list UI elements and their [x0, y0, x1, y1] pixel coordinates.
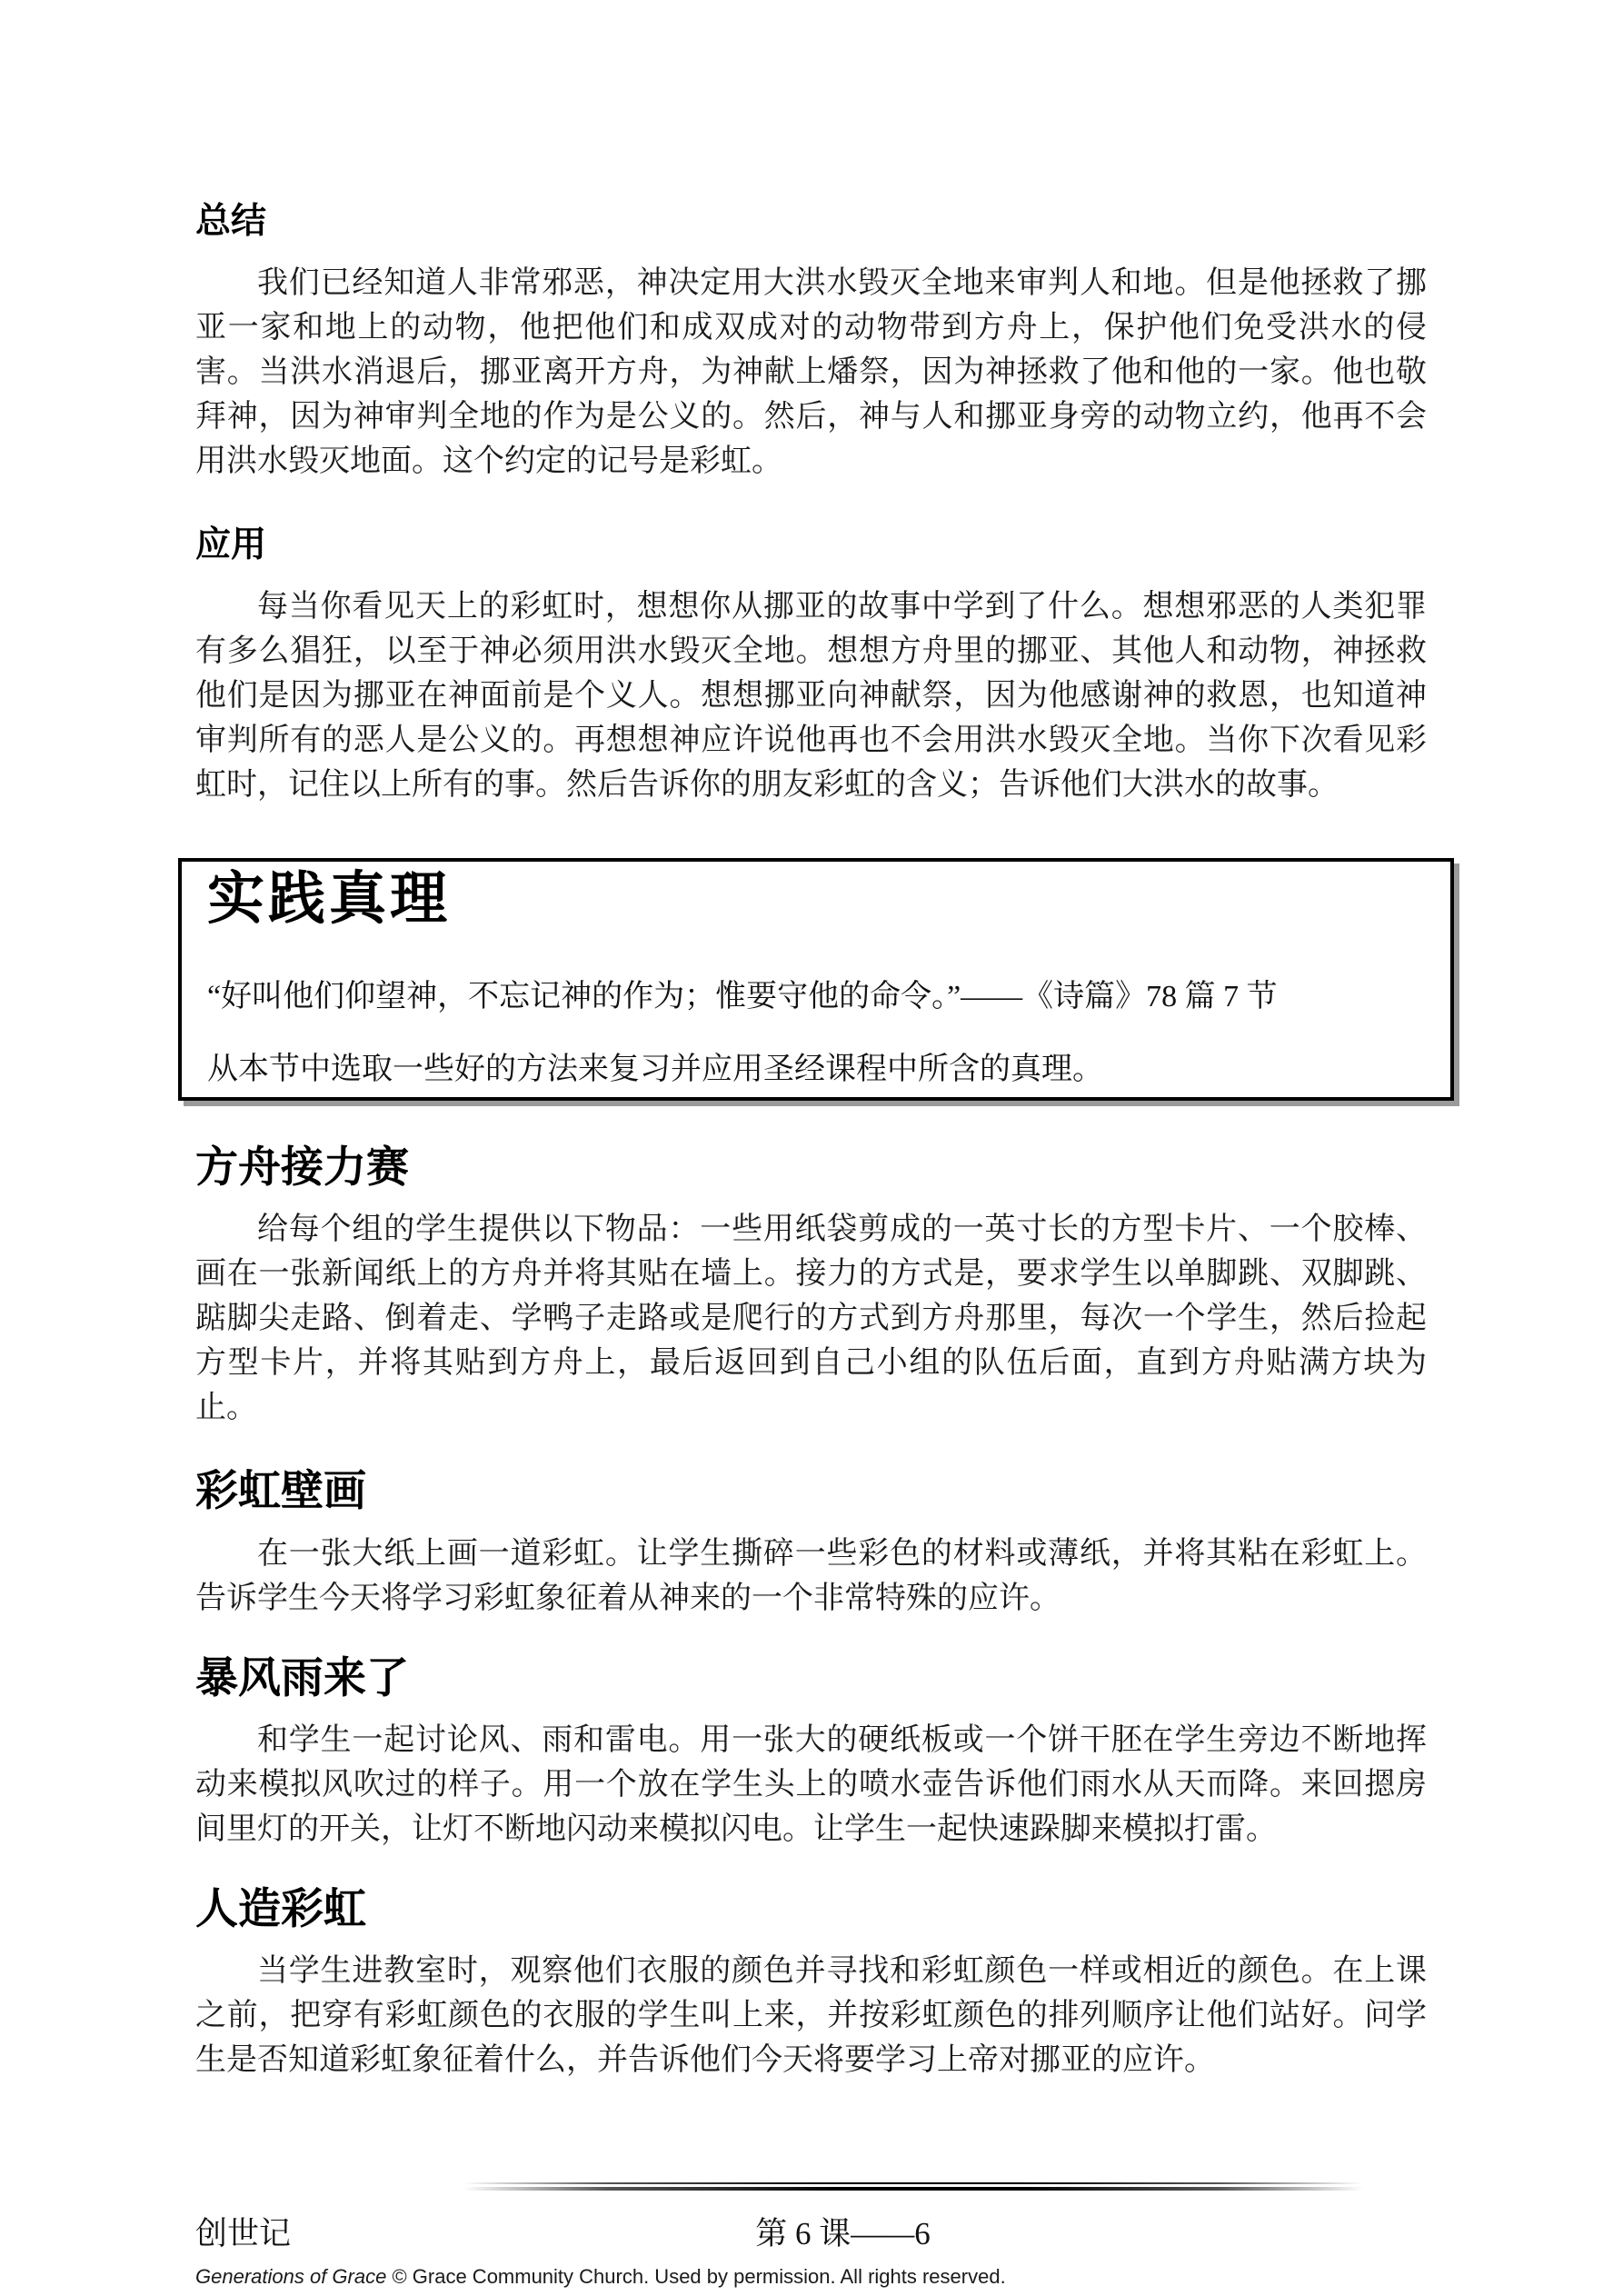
summary-heading: 总结 — [195, 204, 1427, 241]
application-paragraph: 每当你看见天上的彩虹时，想想你从挪亚的故事中学到了什么。想想邪恶的人类犯罪有多么… — [195, 584, 1427, 807]
practice-box-title: 实践真理 — [207, 871, 1423, 928]
rainbow-mural-heading: 彩虹壁画 — [195, 1470, 1427, 1514]
manmade-rainbow-heading: 人造彩虹 — [195, 1888, 1427, 1932]
footer-decorative-rule — [463, 2182, 1363, 2191]
footer-text-line: 创世记 第 6 课——6 — [195, 2212, 1427, 2256]
activity-rainbow-mural: 彩虹壁画 在一张大纸上画一道彩虹。让学生撕碎一些彩色的材料或薄纸，并将其粘在彩虹… — [195, 1470, 1427, 1620]
footer-page-number: 第 6 课——6 — [755, 2212, 931, 2256]
footer-copyright: Generations of Grace © Grace Community C… — [195, 2263, 1427, 2291]
copyright-series-title: Generations of Grace — [195, 2265, 386, 2288]
activity-storm-coming: 暴风雨来了 和学生一起讨论风、雨和雷电。用一张大的硬纸板或一个饼干胚在学生旁边不… — [195, 1657, 1427, 1852]
summary-paragraph: 我们已经知道人非常邪恶，神决定用大洪水毁灭全地来审判人和地。但是他拯救了挪亚一家… — [195, 261, 1427, 484]
application-heading: 应用 — [195, 527, 1427, 564]
ark-relay-paragraph: 给每个组的学生提供以下物品：一些用纸袋剪成的一英寸长的方型卡片、一个胶棒、画在一… — [195, 1207, 1427, 1430]
activity-ark-relay: 方舟接力赛 给每个组的学生提供以下物品：一些用纸袋剪成的一英寸长的方型卡片、一个… — [195, 1146, 1427, 1430]
section-summary: 总结 我们已经知道人非常邪恶，神决定用大洪水毁灭全地来审判人和地。但是他拯救了挪… — [195, 204, 1427, 484]
storm-coming-paragraph: 和学生一起讨论风、雨和雷电。用一张大的硬纸板或一个饼干胚在学生旁边不断地挥动来模… — [195, 1718, 1427, 1852]
ark-relay-heading: 方舟接力赛 — [195, 1146, 1427, 1191]
section-application: 应用 每当你看见天上的彩虹时，想想你从挪亚的故事中学到了什么。想想邪恶的人类犯罪… — [195, 527, 1427, 807]
page-footer: 创世记 第 6 课——6 Generations of Grace © Grac… — [195, 2182, 1427, 2291]
activity-manmade-rainbow: 人造彩虹 当学生进教室时，观察他们衣服的颜色并寻找和彩虹颜色一样或相近的颜色。在… — [195, 1888, 1427, 2082]
manmade-rainbow-paragraph: 当学生进教室时，观察他们衣服的颜色并寻找和彩虹颜色一样或相近的颜色。在上课之前，… — [195, 1949, 1427, 2082]
practice-box-verse-quote: “好叫他们仰望神，不忘记神的作为；惟要守他的命令。”——《诗篇》78 篇 7 节 — [207, 981, 1423, 1013]
footer-book-title: 创世记 — [195, 2212, 291, 2256]
copyright-notice-text: © Grace Community Church. Used by permis… — [386, 2265, 1005, 2288]
document-page: 总结 我们已经知道人非常邪恶，神决定用大洪水毁灭全地来审判人和地。但是他拯救了挪… — [0, 0, 1623, 2296]
storm-coming-heading: 暴风雨来了 — [195, 1657, 1427, 1702]
practice-box-instruction: 从本节中选取一些好的方法来复习并应用圣经课程中所含的真理。 — [207, 1053, 1423, 1086]
practice-truth-box: 实践真理 “好叫他们仰望神，不忘记神的作为；惟要守他的命令。”——《诗篇》78 … — [178, 858, 1454, 1101]
rainbow-mural-paragraph: 在一张大纸上画一道彩虹。让学生撕碎一些彩色的材料或薄纸，并将其粘在彩虹上。告诉学… — [195, 1532, 1427, 1621]
